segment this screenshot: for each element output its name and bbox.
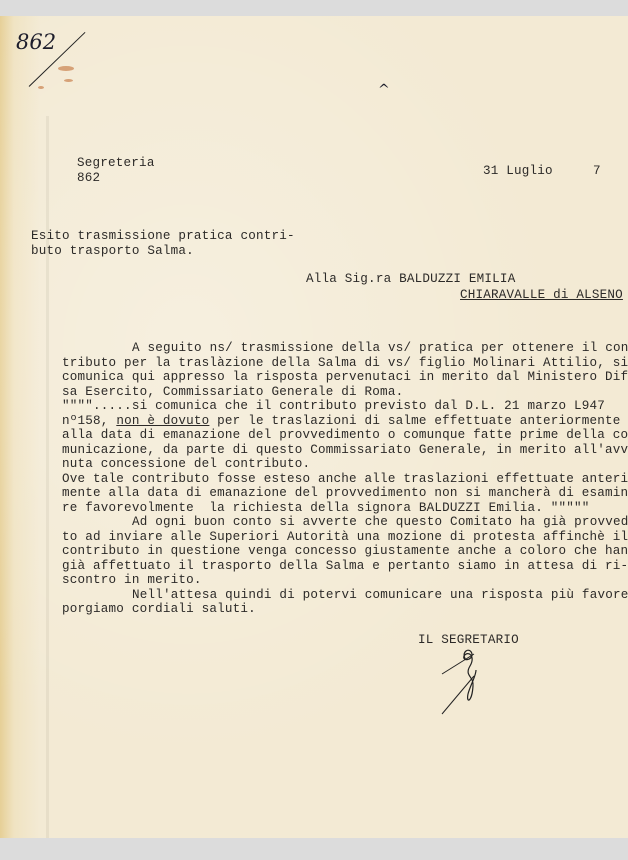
letter-year: 7 [593, 164, 601, 179]
protocol-number: 862 [77, 171, 100, 186]
rust-stain [58, 66, 74, 71]
body-line: municazione, da parte di questo Commissa… [62, 443, 628, 458]
recipient-place: CHIARAVALLE di ALSENO [460, 288, 623, 303]
body-line: """".....si comunica che il contributo p… [62, 399, 605, 414]
body-line: re favorevolmente la richiesta della sig… [62, 501, 590, 516]
rust-stain [64, 79, 73, 82]
letter-date: 31 Luglio [483, 164, 553, 179]
body-line: Ove tale contributo fosse esteso anche a… [62, 472, 628, 487]
body-line: già affettuato il trasporto della Salma … [62, 559, 628, 574]
recipient-name: Alla Sig.ra BALDUZZI EMILIA [306, 272, 515, 287]
handwritten-signature [440, 646, 490, 721]
stray-ink-mark: ^ [378, 82, 390, 98]
subject-line: Esito trasmissione pratica contri- [31, 229, 295, 244]
body-line: scontro in merito. [62, 573, 202, 588]
body-line: comunica qui appresso la risposta perven… [62, 370, 628, 385]
body-line: nuta concessione del contributo. [62, 457, 310, 472]
body-line: sa Esercito, Commissariato Generale di R… [62, 385, 403, 400]
body-line: nº158, non è dovuto per le traslazioni d… [62, 414, 621, 429]
body-line: Nell'attesa quindi di potervi comunicare… [132, 588, 628, 603]
handwritten-archive-number: 862 [16, 30, 56, 54]
body-line: tributo per la traslàzione della Salma d… [62, 356, 628, 371]
body-line: contributo in questione venga concesso g… [62, 544, 628, 559]
underlined-phrase: non è dovuto [116, 414, 209, 428]
paper-fold-shadow [46, 116, 49, 838]
letter-page: 862 ^ Segreteria 862 31 Luglio 7 Esito t… [0, 16, 628, 838]
rust-stain [38, 86, 44, 89]
body-line: to ad inviare alle Superiori Autorità un… [62, 530, 628, 545]
office-label: Segreteria [77, 156, 155, 171]
body-line: Ad ogni buon conto si avverte che questo… [132, 515, 628, 530]
body-line: A seguito ns/ trasmissione della vs/ pra… [132, 341, 628, 356]
body-line: alla data di emanazione del provvediment… [62, 428, 628, 443]
body-line: porgiamo cordiali saluti. [62, 602, 256, 617]
body-line: mente alla data di emanazione del provve… [62, 486, 628, 501]
subject-line: buto trasporto Salma. [31, 244, 194, 259]
